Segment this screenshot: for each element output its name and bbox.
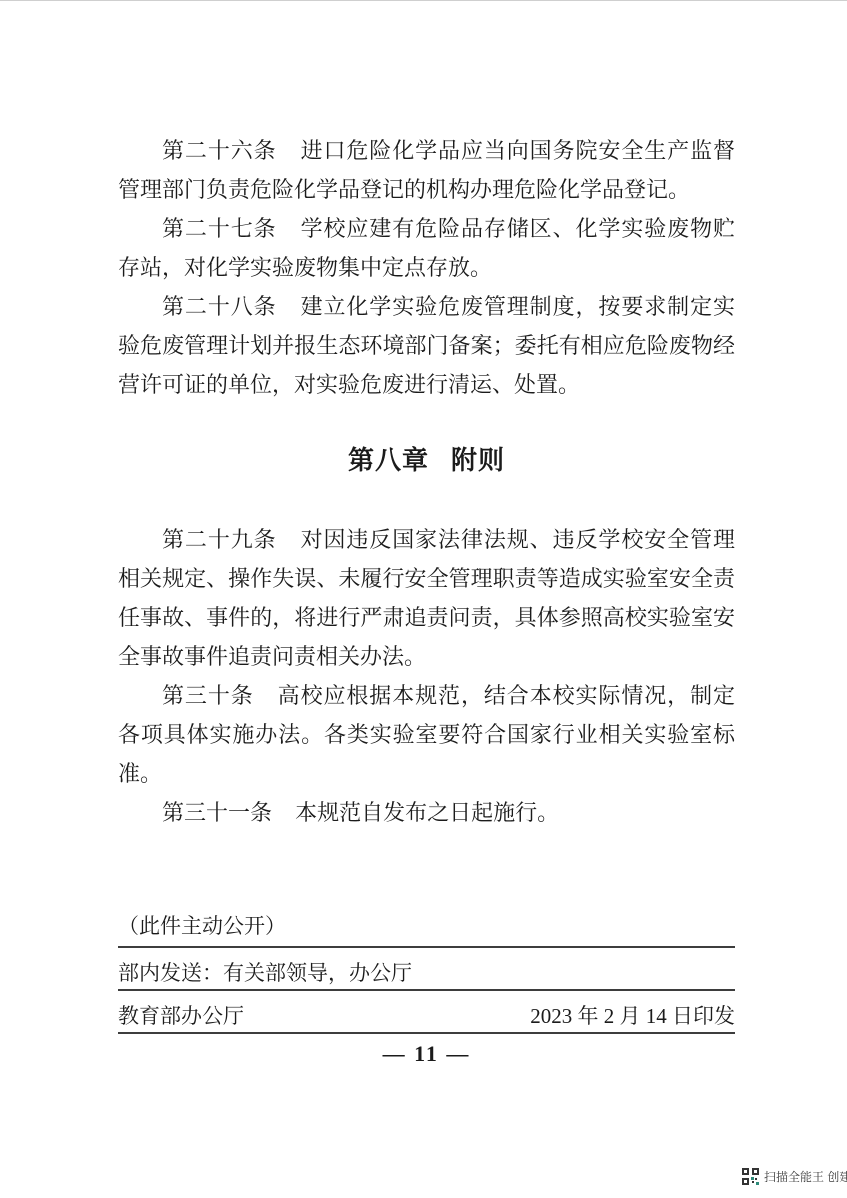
article-31-text: 本规范自发布之日起施行。 [295,800,559,825]
issue-date: 2023 年 2 月 14 日印发 [530,1002,735,1030]
article-27-number: 第二十七条 [162,216,277,241]
article-31-number: 第三十一条 [162,800,272,825]
distribution-line: 部内发送：有关部领导，办公厅 [118,948,735,989]
article-30: 第三十条高校应根据本规范，结合本校实际情况，制定各项具体实施办法。各类实验室要符… [118,676,735,793]
scanner-watermark: 扫描全能王 创建 [742,1168,847,1185]
document-footer: （此件主动公开） 部内发送：有关部领导，办公厅 教育部办公厅 2023 年 2 … [118,906,735,1067]
chapter-title: 附则 [451,445,505,475]
article-30-number: 第三十条 [162,683,254,708]
issue-line: 教育部办公厅 2023 年 2 月 14 日印发 [118,991,735,1032]
disclosure-note: （此件主动公开） [118,906,735,946]
page-number: — 11 — [118,1034,735,1067]
document-page: 第二十六条进口危险化学品应当向国务院安全生产监督管理部门负责危险化学品登记的机构… [0,0,847,1198]
article-29-number: 第二十九条 [162,527,277,552]
scanner-watermark-label: 扫描全能王 创建 [764,1168,847,1185]
document-body: 第二十六条进口危险化学品应当向国务院安全生产监督管理部门负责危险化学品登记的机构… [118,131,735,832]
chapter-heading: 第八章附则 [118,441,735,480]
qr-code-icon [742,1168,759,1185]
issuer-name: 教育部办公厅 [118,1002,244,1030]
article-31: 第三十一条本规范自发布之日起施行。 [118,793,735,832]
article-27: 第二十七条学校应建有危险品存储区、化学实验废物贮存站，对化学实验废物集中定点存放… [118,209,735,287]
article-28: 第二十八条建立化学实验危废管理制度，按要求制定实验危废管理计划并报生态环境部门备… [118,287,735,404]
chapter-number: 第八章 [348,445,429,475]
article-28-number: 第二十八条 [162,294,277,319]
article-26-number: 第二十六条 [162,138,277,163]
section-two: 第二十九条对因违反国家法律法规、违反学校安全管理相关规定、操作失误、未履行安全管… [118,520,735,832]
article-26: 第二十六条进口危险化学品应当向国务院安全生产监督管理部门负责危险化学品登记的机构… [118,131,735,209]
article-29: 第二十九条对因违反国家法律法规、违反学校安全管理相关规定、操作失误、未履行安全管… [118,520,735,676]
scan-top-edge [0,0,847,1]
